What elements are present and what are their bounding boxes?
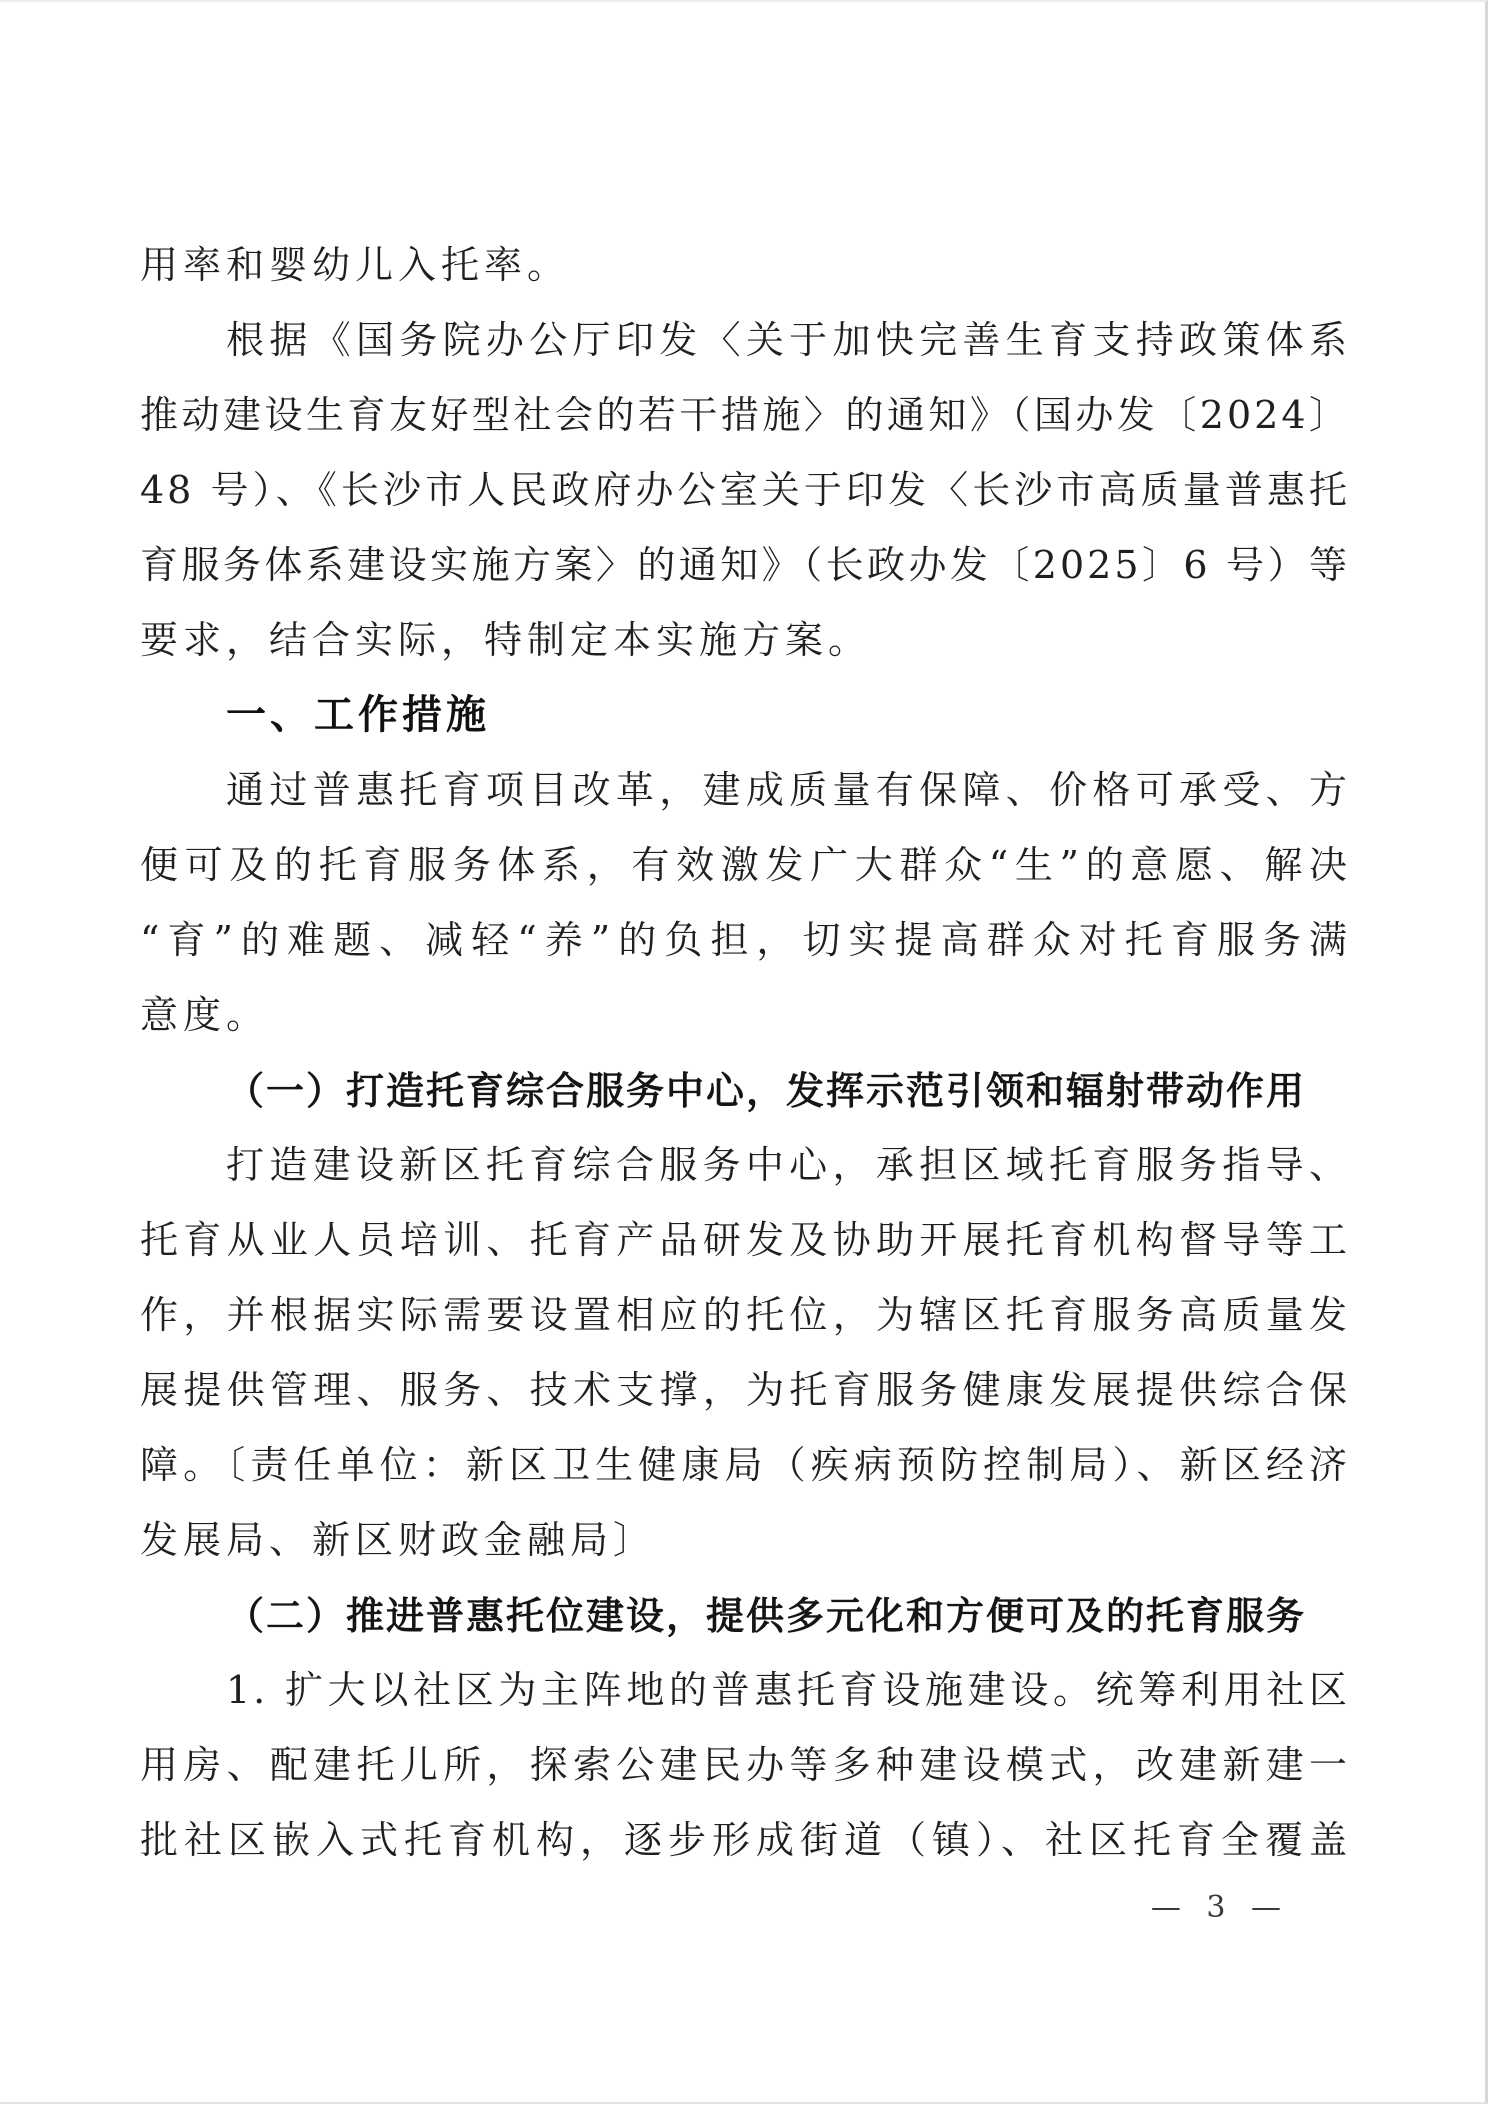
- section-heading: 一、工作措施: [140, 678, 1350, 753]
- section-heading: （二）推进普惠托位建设，提供多元化和方便可及的托育服务: [140, 1578, 1350, 1653]
- text-line: 1. 扩大以社区为主阵地的普惠托育设施建设。统筹利用社区: [140, 1653, 1350, 1728]
- section-heading: （一）打造托育综合服务中心，发挥示范引领和辐射带动作用: [140, 1053, 1350, 1128]
- document-body: 用率和婴幼儿入托率。根据《国务院办公厅印发〈关于加快完善生育支持政策体系推动建设…: [140, 228, 1350, 1878]
- text-line: 用房、配建托儿所，探索公建民办等多种建设模式，改建新建一: [140, 1728, 1350, 1803]
- text-line: 用率和婴幼儿入托率。: [140, 228, 1350, 303]
- text-line: 推动建设生育友好型社会的若干措施〉的通知》（国办发〔2024〕: [140, 378, 1350, 453]
- text-line: 便可及的托育服务体系，有效激发广大群众“生”的意愿、解决: [140, 828, 1350, 903]
- text-line: 通过普惠托育项目改革，建成质量有保障、价格可承受、方: [140, 753, 1350, 828]
- text-line: 障。〔责任单位：新区卫生健康局（疾病预防控制局）、新区经济: [140, 1428, 1350, 1503]
- page-number: — 3 —: [1151, 1886, 1289, 1930]
- text-line: 要求，结合实际，特制定本实施方案。: [140, 603, 1350, 678]
- text-line: 意度。: [140, 978, 1350, 1053]
- text-line: 48 号）、《长沙市人民政府办公室关于印发〈长沙市高质量普惠托: [140, 453, 1350, 528]
- text-line: 打造建设新区托育综合服务中心，承担区域托育服务指导、: [140, 1128, 1350, 1203]
- text-line: 展提供管理、服务、技术支撑，为托育服务健康发展提供综合保: [140, 1353, 1350, 1428]
- text-line: “育”的难题、减轻“养”的负担，切实提高群众对托育服务满: [140, 903, 1350, 978]
- text-line: 批社区嵌入式托育机构，逐步形成街道（镇）、社区托育全覆盖: [140, 1803, 1350, 1878]
- document-page: 用率和婴幼儿入托率。根据《国务院办公厅印发〈关于加快完善生育支持政策体系推动建设…: [0, 0, 1488, 2104]
- text-line: 育服务体系建设实施方案〉的通知》（长政办发〔2025〕6 号）等: [140, 528, 1350, 603]
- text-line: 根据《国务院办公厅印发〈关于加快完善生育支持政策体系: [140, 303, 1350, 378]
- text-line: 托育从业人员培训、托育产品研发及协助开展托育机构督导等工: [140, 1203, 1350, 1278]
- text-line: 发展局、新区财政金融局〕: [140, 1503, 1350, 1578]
- text-line: 作，并根据实际需要设置相应的托位，为辖区托育服务高质量发: [140, 1278, 1350, 1353]
